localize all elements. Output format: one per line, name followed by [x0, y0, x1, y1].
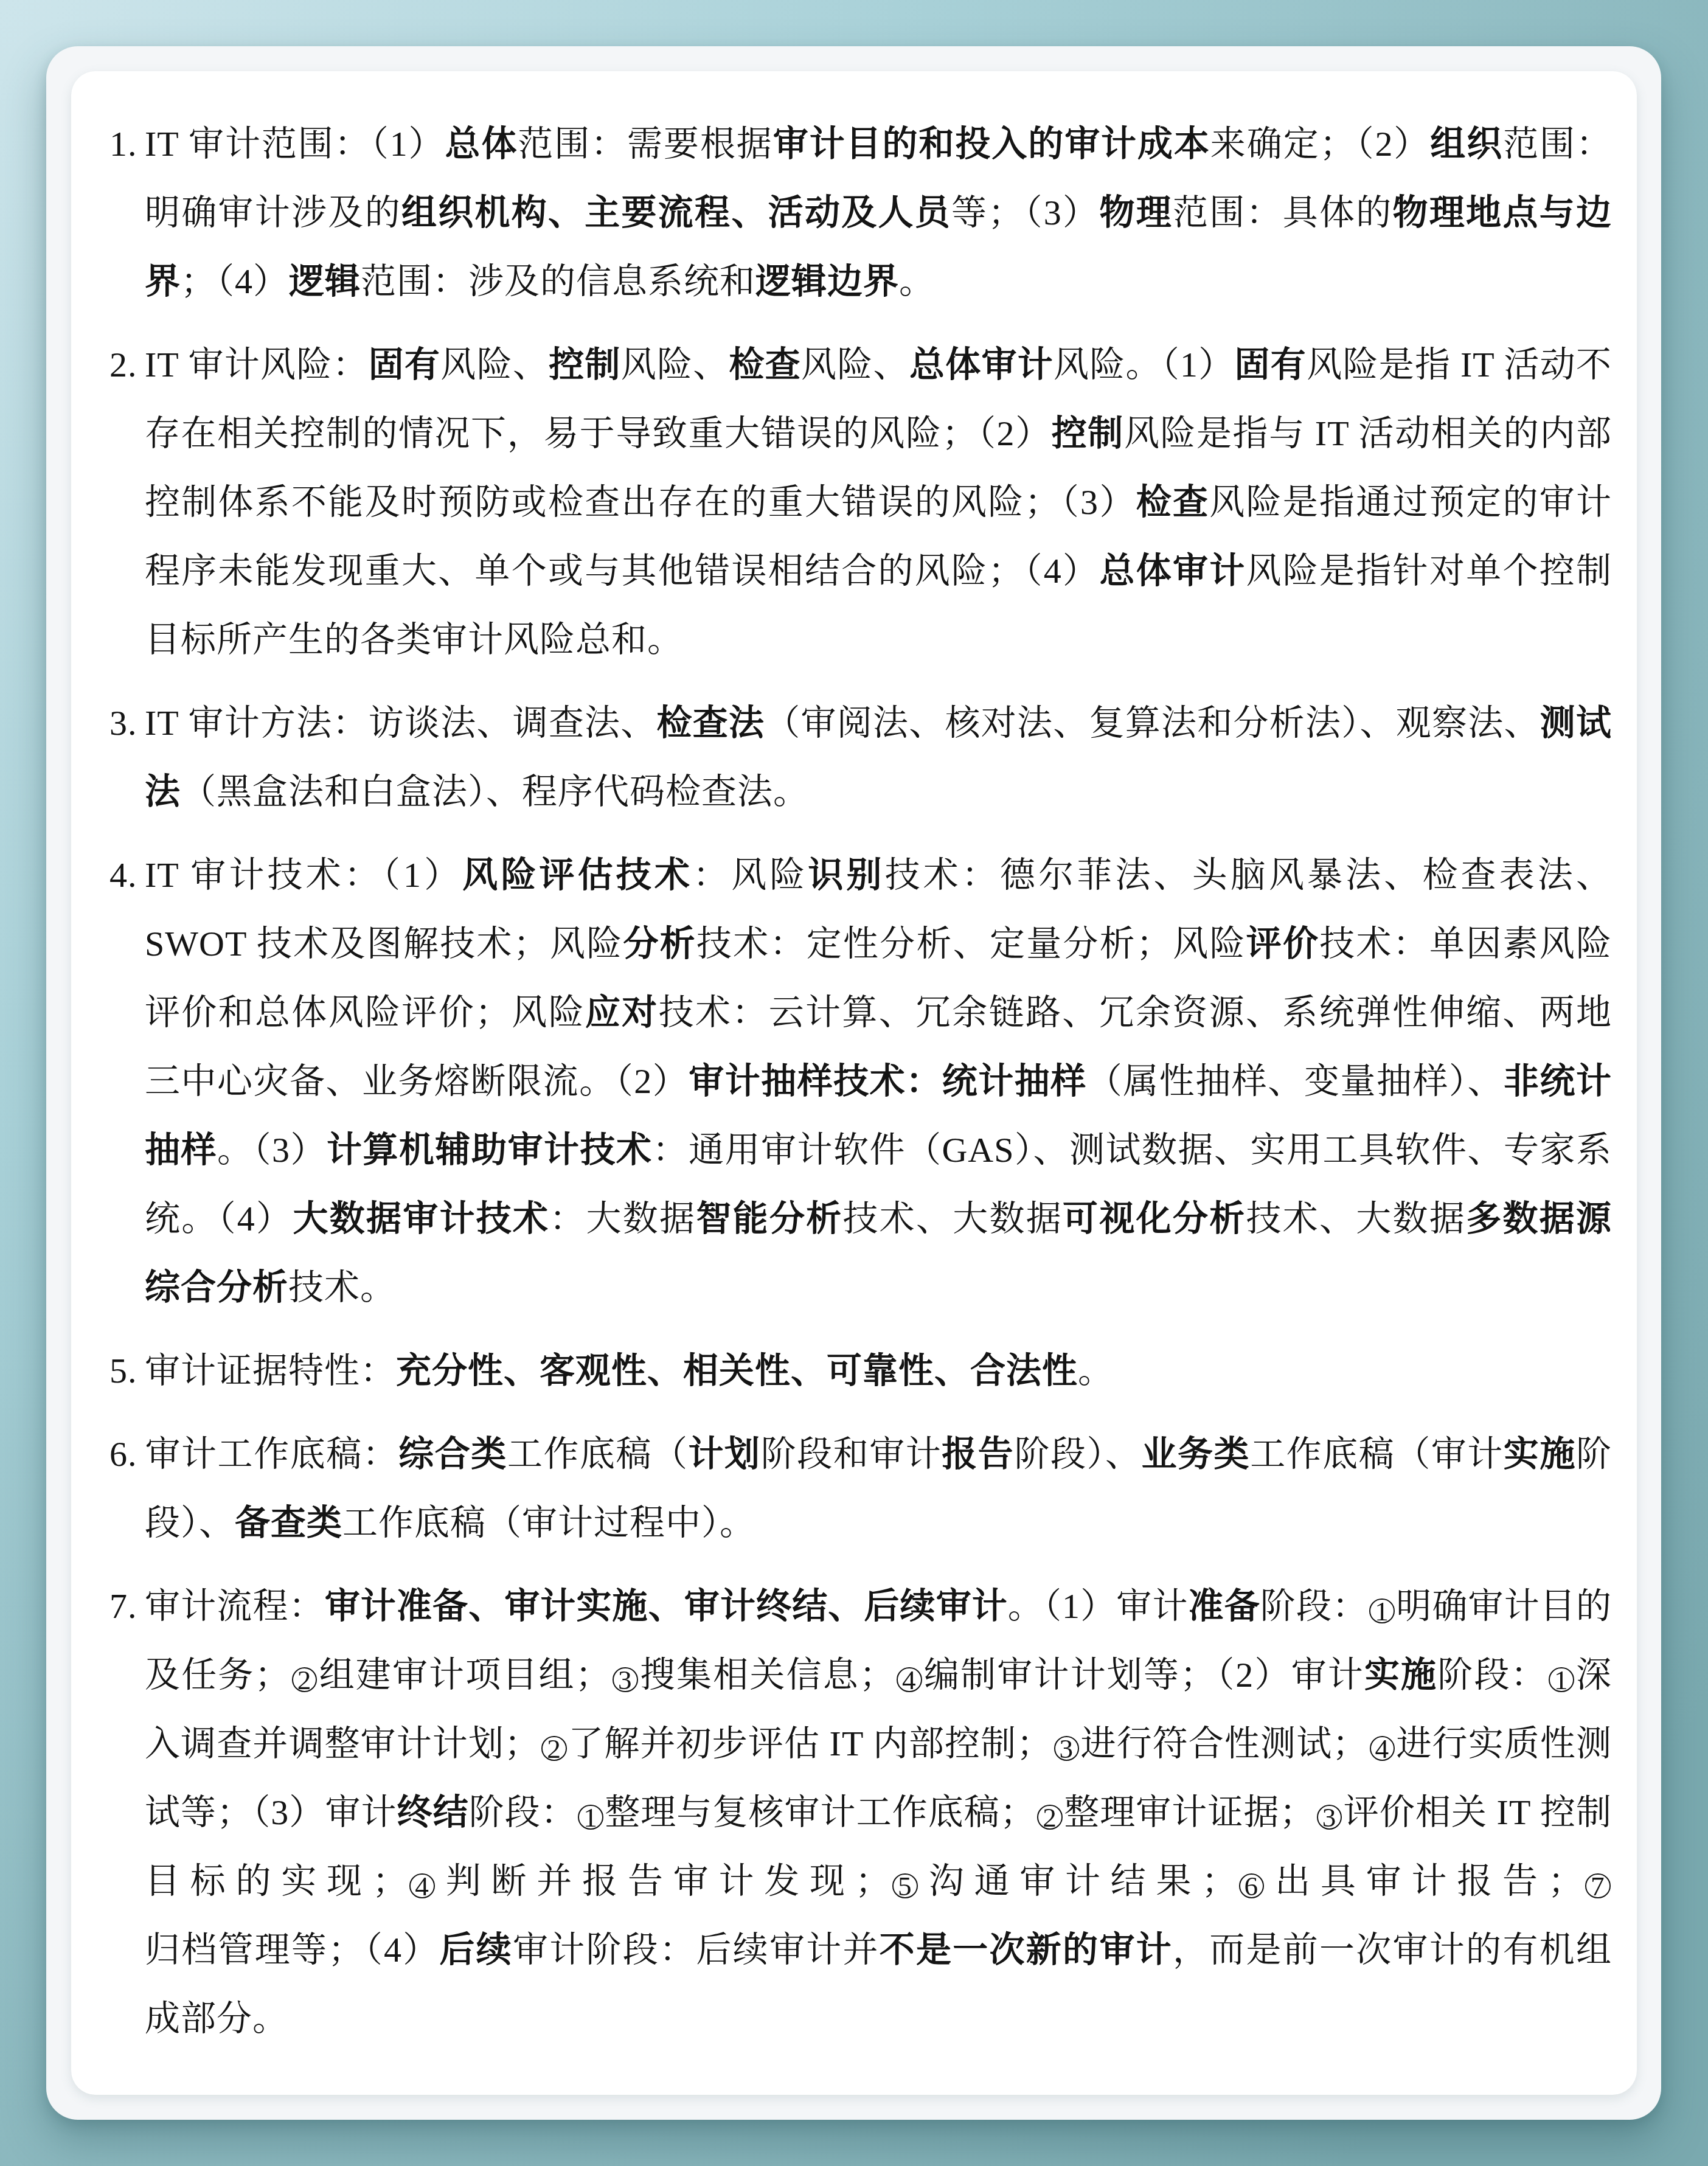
text-segment: 审计证据特性：: [145, 1351, 396, 1390]
circled-number: 7: [1585, 1873, 1611, 1899]
text-segment: 。（3）: [217, 1130, 327, 1170]
text-segment: 审计阶段：后续审计并: [513, 1930, 880, 1970]
text-segment-bold: 检查: [729, 345, 802, 384]
text-segment: 阶段和审计: [761, 1434, 942, 1474]
circled-number: 1: [1369, 1598, 1395, 1624]
item-number: 6.: [109, 1420, 145, 1488]
text-segment-bold: 大数据审计技术: [293, 1199, 549, 1238]
text-segment: 技术、大数据: [1246, 1199, 1466, 1238]
text-segment: 审计工作底稿：: [145, 1434, 398, 1474]
text-segment-bold: 组织: [1430, 124, 1503, 164]
text-segment-bold: 计算机辅助审计技术: [327, 1130, 652, 1170]
text-segment: IT 审计范围：（1）: [145, 124, 445, 164]
text-segment-bold: 充分性、客观性、相关性、可靠性、合法性: [396, 1351, 1078, 1390]
text-segment-bold: 实施: [1364, 1655, 1437, 1695]
item-number: 7.: [109, 1572, 145, 1640]
text-segment-bold: 控制: [549, 345, 621, 384]
list-item: 1.IT 审计范围：（1）总体范围：需要根据审计目的和投入的审计成本来确定；（2…: [109, 109, 1612, 316]
text-segment-bold: 分析: [623, 924, 697, 963]
text-segment: 工作底稿（审计: [1250, 1434, 1504, 1474]
text-segment: 来确定；（2）: [1210, 124, 1430, 164]
text-segment-bold: 固有: [1235, 345, 1307, 384]
text-segment-bold: 风险评估技术: [462, 855, 693, 895]
circled-number: 6: [1239, 1873, 1265, 1899]
text-segment: ；（4）: [181, 262, 289, 301]
text-segment: 风险。（1）: [1054, 345, 1235, 384]
text-segment: ：风险: [693, 855, 808, 895]
circled-number: 4: [409, 1873, 435, 1899]
text-segment: IT 审计方法：访谈法、调查法、: [145, 703, 657, 743]
circled-number: 3: [1054, 1736, 1080, 1762]
circled-number: 3: [613, 1667, 638, 1693]
item-number: 3.: [109, 689, 145, 757]
text-segment-bold: 评价: [1246, 924, 1320, 963]
text-segment-bold: 应对: [585, 993, 659, 1032]
text-segment: 范围：涉及的信息系统和: [361, 262, 755, 301]
list-item: 6.审计工作底稿：综合类工作底稿（计划阶段和审计报告阶段）、业务类工作底稿（审计…: [109, 1420, 1612, 1557]
text-segment: ：大数据: [549, 1199, 696, 1238]
circled-number: 3: [1317, 1805, 1342, 1830]
text-segment-bold: 逻辑边界: [755, 262, 899, 301]
text-segment: 工作底稿（: [507, 1434, 689, 1474]
text-segment: 范围：具体的: [1173, 193, 1393, 232]
text-segment: 。: [899, 262, 935, 301]
text-segment-bold: 组织机构、主要流程、活动及人员: [401, 193, 951, 232]
text-segment-bold: 后续: [439, 1930, 513, 1970]
list-item: 4.IT 审计技术：（1）风险评估技术：风险识别技术：德尔菲法、头脑风暴法、检查…: [109, 841, 1612, 1322]
text-segment-bold: 备查类: [235, 1503, 342, 1543]
text-segment: 风险、: [440, 345, 549, 384]
text-segment-bold: 固有: [369, 345, 441, 384]
text-segment-bold: 物理: [1099, 193, 1173, 232]
text-segment-bold: 综合类: [398, 1434, 507, 1474]
text-segment-bold: 逻辑: [289, 262, 361, 301]
text-segment: 审计流程：: [145, 1586, 325, 1626]
list-item: 2.IT 审计风险：固有风险、控制风险、检查风险、总体审计风险。（1）固有风险是…: [109, 330, 1612, 674]
note-card-inner: 1.IT 审计范围：（1）总体范围：需要根据审计目的和投入的审计成本来确定；（2…: [71, 71, 1637, 2095]
item-number: 2.: [109, 330, 145, 399]
text-segment-bold: 控制: [1052, 414, 1124, 453]
circled-number: 1: [1549, 1667, 1574, 1693]
text-segment: IT 审计风险：: [145, 345, 369, 384]
text-segment-bold: 报告: [942, 1434, 1014, 1474]
circled-number: 2: [541, 1736, 567, 1762]
circled-number: 2: [292, 1667, 318, 1693]
text-segment: 。: [1078, 1351, 1114, 1390]
text-segment: 风险、: [801, 345, 909, 384]
text-segment-bold: 识别: [808, 855, 884, 895]
text-segment-bold: 准备: [1189, 1586, 1260, 1626]
text-segment-bold: 审计抽样技术：统计抽样: [689, 1061, 1087, 1101]
note-card-outer: 1.IT 审计范围：（1）总体范围：需要根据审计目的和投入的审计成本来确定；（2…: [46, 46, 1661, 2120]
text-segment: 范围：需要根据: [518, 124, 772, 164]
list-item: 3.IT 审计方法：访谈法、调查法、检查法（审阅法、核对法、复算法和分析法）、观…: [109, 689, 1612, 826]
text-segment-bold: 审计目的和投入的审计成本: [773, 124, 1210, 164]
circled-number: 4: [1370, 1736, 1395, 1762]
circled-number: 2: [1037, 1805, 1063, 1830]
text-segment-bold: 终结: [397, 1793, 469, 1832]
text-segment-bold: 计划: [689, 1434, 761, 1474]
circled-number: 1: [578, 1805, 603, 1830]
text-segment: 风险、: [621, 345, 729, 384]
text-segment-bold: 不是一次新的审计: [880, 1930, 1173, 1970]
list-item: 5.审计证据特性：充分性、客观性、相关性、可靠性、合法性。: [109, 1336, 1612, 1405]
text-segment: （属性抽样、变量抽样）、: [1087, 1061, 1504, 1101]
text-segment-bold: 总体审计: [1099, 551, 1246, 591]
text-segment-bold: 审计准备、审计实施、审计终结、后续审计: [325, 1586, 1008, 1626]
text-segment: 技术、大数据: [842, 1199, 1063, 1238]
list-item: 7.审计流程：审计准备、审计实施、审计终结、后续审计。（1）审计准备阶段：1明确…: [109, 1572, 1612, 2053]
text-segment-bold: 业务类: [1142, 1434, 1251, 1474]
item-number: 1.: [109, 109, 145, 178]
text-segment: 。（1）审计: [1008, 1586, 1189, 1626]
text-segment-bold: 智能分析: [696, 1199, 842, 1238]
text-segment-bold: 可视化分析: [1063, 1199, 1246, 1238]
audit-notes-list: 1.IT 审计范围：（1）总体范围：需要根据审计目的和投入的审计成本来确定；（2…: [109, 109, 1612, 2053]
text-segment: 技术。: [288, 1268, 396, 1307]
text-segment-bold: 检查: [1136, 482, 1210, 522]
text-segment: 技术：定性分析、定量分析；风险: [696, 924, 1246, 963]
text-segment-bold: 总体: [445, 124, 518, 164]
text-segment-bold: 总体审计: [909, 345, 1054, 384]
text-segment: IT 审计技术：（1）: [145, 855, 462, 895]
text-segment-bold: 实施: [1504, 1434, 1576, 1474]
text-segment: 等；（3）: [951, 193, 1099, 232]
text-segment: 工作底稿（审计过程中）。: [342, 1503, 755, 1543]
text-segment: （审阅法、核对法、复算法和分析法）、观察法、: [765, 703, 1540, 743]
item-number: 5.: [109, 1336, 145, 1405]
circled-number: 4: [897, 1667, 922, 1693]
circled-number: 5: [892, 1873, 918, 1899]
text-segment: 阶段）、: [1014, 1434, 1141, 1474]
item-number: 4.: [109, 841, 145, 909]
text-segment-bold: 检查法: [657, 703, 765, 743]
text-segment: （黑盒法和白盒法）、程序代码检查法。: [181, 772, 809, 811]
